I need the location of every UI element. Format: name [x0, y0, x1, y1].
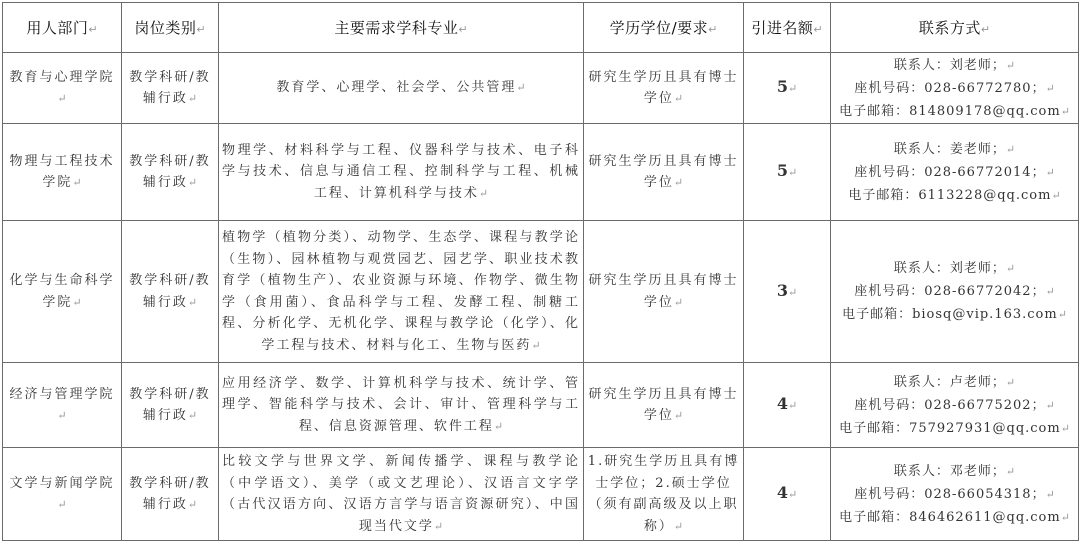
paragraph-mark-icon: ↵: [88, 23, 97, 36]
paragraph-mark-icon: ↵: [788, 166, 797, 179]
paragraph-mark-icon: ↵: [813, 23, 822, 36]
header-majors: 主要需求学科专业↵: [219, 3, 584, 53]
paragraph-mark-icon: ↵: [788, 286, 797, 299]
paragraph-mark-icon: ↵: [188, 296, 197, 309]
cell-position-type: 教学科研/教辅行政↵: [122, 53, 219, 124]
cell-degree: 研究生学历且具有博士学位↵: [584, 221, 744, 363]
cell-position-type: 教学科研/教辅行政↵: [122, 221, 219, 363]
cell-majors: 物理学、材料科学与工程、仪器科学与技术、电子科学与技术、信息与通信工程、控制科学…: [219, 124, 584, 221]
paragraph-mark-icon: ↵: [494, 420, 503, 433]
cell-position-type: 教学科研/教辅行政↵: [122, 124, 219, 221]
paragraph-mark-icon: ↵: [72, 176, 81, 189]
paragraph-mark-icon: ↵: [981, 23, 990, 36]
paragraph-mark-icon: ↵: [188, 498, 197, 511]
paragraph-mark-icon: ↵: [788, 488, 797, 501]
paragraph-mark-icon: ↵: [674, 296, 683, 309]
paragraph-mark-icon: ↵: [674, 520, 683, 533]
line-break-icon: ↵: [1006, 143, 1015, 156]
paragraph-mark-icon: ↵: [788, 82, 797, 95]
paragraph-mark-icon: ↵: [1061, 422, 1070, 435]
line-break-icon: ↵: [1046, 166, 1055, 179]
cell-degree: 研究生学历且具有博士学位↵: [584, 363, 744, 448]
paragraph-mark-icon: ↵: [57, 498, 66, 511]
cell-quota: 4↵: [744, 363, 831, 448]
cell-quota: 5↵: [744, 53, 831, 124]
cell-degree: 研究生学历且具有博士学位↵: [584, 124, 744, 221]
paragraph-mark-icon: ↵: [1061, 105, 1070, 118]
paragraph-mark-icon: ↵: [188, 92, 197, 105]
table-row: 教育与心理学院↵ 教学科研/教辅行政↵ 教育学、心理学、社会学、公共管理↵ 研究…: [3, 53, 1079, 124]
cell-majors: 植物学（植物分类）、动物学、生态学、课程与教学论（生物）、园林植物与观赏园艺、园…: [219, 221, 584, 363]
paragraph-mark-icon: ↵: [188, 176, 197, 189]
paragraph-mark-icon: ↵: [516, 81, 525, 94]
line-break-icon: ↵: [1006, 59, 1015, 72]
cell-department: 教育与心理学院↵: [3, 53, 122, 124]
contact-email: 电子邮箱：biosq@vip.163.com↵: [834, 303, 1075, 326]
cell-position-type: 教学科研/教辅行政↵: [122, 363, 219, 448]
line-break-icon: ↵: [1046, 82, 1055, 95]
paragraph-mark-icon: ↵: [1058, 308, 1067, 321]
contact-email: 电子邮箱：814809178@qq.com↵: [834, 100, 1075, 123]
contact-person: 联系人：卢老师；↵: [834, 371, 1075, 394]
cell-degree: 研究生学历且具有博士学位↵: [584, 53, 744, 124]
contact-person: 联系人：邓老师；↵: [834, 460, 1075, 483]
cell-position-type: 教学科研/教辅行政↵: [122, 448, 219, 541]
table-header-row: 用人部门↵ 岗位类别↵ 主要需求学科专业↵ 学历学位/要求↵ 引进名额↵ 联系方…: [3, 3, 1079, 53]
table-row: 物理与工程技术学院↵ 教学科研/教辅行政↵ 物理学、材料科学与工程、仪器科学与技…: [3, 124, 1079, 221]
cell-contact: 联系人：卢老师；↵ 座机号码：028-66775202；↵ 电子邮箱：75792…: [831, 363, 1079, 448]
cell-department: 文学与新闻学院↵: [3, 448, 122, 541]
paragraph-mark-icon: ↵: [196, 23, 205, 36]
paragraph-mark-icon: ↵: [531, 339, 540, 352]
contact-phone: 座机号码：028-66772042；↵: [834, 280, 1075, 303]
paragraph-mark-icon: ↵: [1061, 511, 1070, 524]
cell-department: 化学与生命科学学院↵: [3, 221, 122, 363]
cell-degree: 1.研究生学历且具有博士学位；2.硕士学位（须有副高级及以上职称）↵: [584, 448, 744, 541]
contact-person: 联系人：刘老师；↵: [834, 54, 1075, 77]
header-contact: 联系方式↵: [831, 3, 1079, 53]
contact-phone: 座机号码：028-66054318；↵: [834, 483, 1075, 506]
header-quota: 引进名额↵: [744, 3, 831, 53]
contact-person: 联系人：刘老师；↵: [834, 257, 1075, 280]
header-position-type: 岗位类别↵: [122, 3, 219, 53]
line-break-icon: ↵: [1006, 262, 1015, 275]
paragraph-mark-icon: ↵: [1051, 189, 1060, 202]
paragraph-mark-icon: ↵: [57, 409, 66, 422]
contact-phone: 座机号码：028-66775202；↵: [834, 394, 1075, 417]
cell-quota: 3↵: [744, 221, 831, 363]
paragraph-mark-icon: ↵: [479, 187, 488, 200]
cell-contact: 联系人：姜老师；↵ 座机号码：028-66772014；↵ 电子邮箱：61132…: [831, 124, 1079, 221]
cell-department: 物理与工程技术学院↵: [3, 124, 122, 221]
header-department: 用人部门↵: [3, 3, 122, 53]
cell-department: 经济与管理学院↵: [3, 363, 122, 448]
paragraph-mark-icon: ↵: [788, 399, 797, 412]
paragraph-mark-icon: ↵: [434, 520, 443, 533]
table-row: 文学与新闻学院↵ 教学科研/教辅行政↵ 比较文学与世界文学、新闻传播学、课程与教…: [3, 448, 1079, 541]
recruitment-table: 用人部门↵ 岗位类别↵ 主要需求学科专业↵ 学历学位/要求↵ 引进名额↵ 联系方…: [2, 2, 1079, 541]
line-break-icon: ↵: [1046, 488, 1055, 501]
paragraph-mark-icon: ↵: [674, 409, 683, 422]
contact-email: 电子邮箱：846462611@qq.com↵: [834, 506, 1075, 529]
paragraph-mark-icon: ↵: [708, 23, 717, 36]
line-break-icon: ↵: [1006, 376, 1015, 389]
table-row: 经济与管理学院↵ 教学科研/教辅行政↵ 应用经济学、数学、计算机科学与技术、统计…: [3, 363, 1079, 448]
contact-phone: 座机号码：028-66772780；↵: [834, 77, 1075, 100]
line-break-icon: ↵: [1046, 399, 1055, 412]
line-break-icon: ↵: [1046, 285, 1055, 298]
cell-quota: 4↵: [744, 448, 831, 541]
cell-majors: 教育学、心理学、社会学、公共管理↵: [219, 53, 584, 124]
paragraph-mark-icon: ↵: [72, 296, 81, 309]
cell-contact: 联系人：刘老师；↵ 座机号码：028-66772780；↵ 电子邮箱：81480…: [831, 53, 1079, 124]
paragraph-mark-icon: ↵: [674, 92, 683, 105]
paragraph-mark-icon: ↵: [458, 23, 467, 36]
cell-contact: 联系人：刘老师；↵ 座机号码：028-66772042；↵ 电子邮箱：biosq…: [831, 221, 1079, 363]
cell-contact: 联系人：邓老师；↵ 座机号码：028-66054318；↵ 电子邮箱：84646…: [831, 448, 1079, 541]
paragraph-mark-icon: ↵: [674, 176, 683, 189]
contact-person: 联系人：姜老师；↵: [834, 138, 1075, 161]
header-degree: 学历学位/要求↵: [584, 3, 744, 53]
paragraph-mark-icon: ↵: [188, 409, 197, 422]
paragraph-mark-icon: ↵: [57, 92, 66, 105]
line-break-icon: ↵: [1006, 465, 1015, 478]
table-row: 化学与生命科学学院↵ 教学科研/教辅行政↵ 植物学（植物分类）、动物学、生态学、…: [3, 221, 1079, 363]
cell-quota: 5↵: [744, 124, 831, 221]
cell-majors: 比较文学与世界文学、新闻传播学、课程与教学论（中学语文）、美学（或文艺理论）、汉…: [219, 448, 584, 541]
contact-email: 电子邮箱：757927931@qq.com↵: [834, 417, 1075, 440]
contact-phone: 座机号码：028-66772014；↵: [834, 161, 1075, 184]
contact-email: 电子邮箱：6113228@qq.com↵: [834, 184, 1075, 207]
cell-majors: 应用经济学、数学、计算机科学与技术、统计学、管理学、智能科学与技术、会计、审计、…: [219, 363, 584, 448]
